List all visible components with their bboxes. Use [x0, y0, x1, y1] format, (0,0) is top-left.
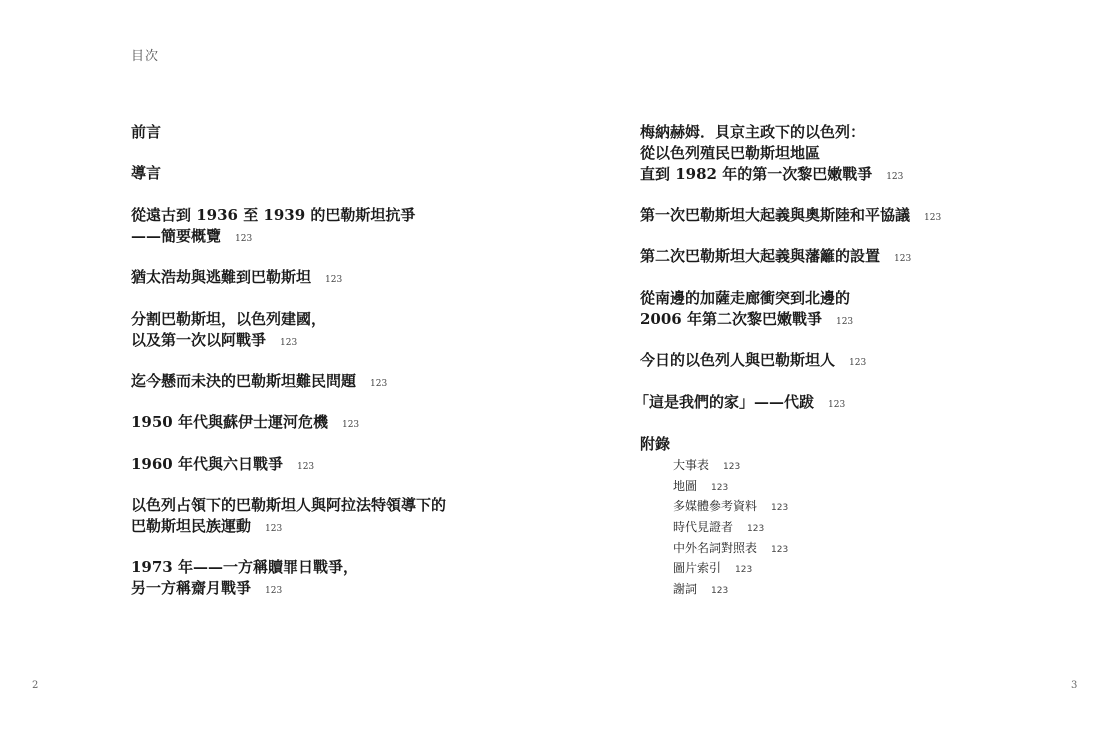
running-head: 目次	[131, 45, 159, 64]
toc-entry[interactable]: 梅納赫姆．貝京主政下的以色列： 從以色列殖民巴勒斯坦地區 直到 1982 年的第…	[640, 122, 903, 188]
page-number: 123	[342, 420, 359, 430]
page-number: 123	[828, 400, 845, 410]
toc-entry[interactable]: 1950 年代與蘇伊士運河危機123	[131, 412, 359, 436]
entry-title: 梅納赫姆．貝京主政下的以色列：	[640, 123, 865, 141]
appendix-item-label: 中外名詞對照表	[673, 541, 757, 555]
page-number: 123	[886, 172, 903, 182]
toc-entry[interactable]: 從南邊的加薩走廊衝突到北邊的 2006 年第二次黎巴嫩戰爭123	[640, 288, 853, 333]
entry-title: 1973 年——一方稱贖罪日戰爭，	[131, 558, 358, 576]
appendix-item[interactable]: 大事表123	[673, 456, 740, 473]
toc-entry[interactable]: 從遠古到 1936 至 1939 的巴勒斯坦抗爭 ——簡要概覽123	[131, 205, 415, 250]
entry-title: 以色列占領下的巴勒斯坦人與阿拉法特領導下的	[131, 496, 446, 514]
page-number: 123	[723, 462, 740, 472]
appendix-item[interactable]: 謝詞123	[673, 580, 728, 597]
appendix-item-label: 多媒體參考資料	[673, 499, 757, 513]
page-number: 123	[747, 524, 764, 534]
toc-entry[interactable]: 1960 年代與六日戰爭123	[131, 454, 314, 478]
page-number: 123	[265, 524, 282, 534]
entry-title: 第一次巴勒斯坦大起義與奧斯陸和平協議	[640, 206, 910, 224]
appendix-item-label: 圖片索引	[673, 561, 721, 575]
toc-entry[interactable]: 1973 年——一方稱贖罪日戰爭， 另一方稱齋月戰爭123	[131, 557, 358, 602]
toc-entry[interactable]: 迄今懸而未決的巴勒斯坦難民問題123	[131, 371, 387, 395]
entry-title: 今日的以色列人與巴勒斯坦人	[640, 351, 835, 369]
entry-title: 另一方稱齋月戰爭	[131, 579, 251, 597]
entry-title: 1960 年代與六日戰爭	[131, 455, 283, 473]
entry-title: 迄今懸而未決的巴勒斯坦難民問題	[131, 372, 356, 390]
page-number: 123	[849, 358, 866, 368]
appendix-item[interactable]: 多媒體參考資料123	[673, 497, 788, 514]
entry-title: 以及第一次以阿戰爭	[131, 331, 266, 349]
appendix-item[interactable]: 時代見證者123	[673, 518, 764, 535]
toc-entry[interactable]: 第一次巴勒斯坦大起義與奧斯陸和平協議123	[640, 205, 941, 229]
page-number: 123	[894, 254, 911, 264]
toc-entry[interactable]: 猶太浩劫與逃難到巴勒斯坦123	[131, 267, 342, 291]
appendix-item-label: 謝詞	[673, 582, 697, 596]
toc-entry[interactable]: 前言	[131, 122, 161, 143]
appendix-item[interactable]: 地圖123	[673, 477, 728, 494]
appendix-item-label: 地圖	[673, 479, 697, 493]
entry-title: 直到 1982 年的第一次黎巴嫩戰爭	[640, 165, 872, 183]
page-number: 123	[235, 234, 252, 244]
right-page: 梅納赫姆．貝京主政下的以色列： 從以色列殖民巴勒斯坦地區 直到 1982 年的第…	[554, 0, 1109, 750]
toc-entry[interactable]: 以色列占領下的巴勒斯坦人與阿拉法特領導下的 巴勒斯坦民族運動123	[131, 495, 446, 540]
appendix-item-label: 時代見證者	[673, 520, 733, 534]
entry-title: 分割巴勒斯坦，以色列建國，	[131, 310, 326, 328]
entry-title: 1950 年代與蘇伊士運河危機	[131, 413, 328, 431]
page-number: 123	[771, 503, 788, 513]
entry-title: 猶太浩劫與逃難到巴勒斯坦	[131, 268, 311, 286]
toc-entry[interactable]: 「這是我們的家」——代跋123	[634, 392, 845, 416]
entry-title: 2006 年第二次黎巴嫩戰爭	[640, 310, 822, 328]
appendix-item-label: 大事表	[673, 458, 709, 472]
entry-title: 從以色列殖民巴勒斯坦地區	[640, 144, 820, 162]
folio: 2	[32, 680, 38, 691]
appendix-title: 附錄	[640, 433, 670, 454]
appendix-item[interactable]: 圖片索引123	[673, 559, 752, 576]
page-number: 123	[836, 317, 853, 327]
entry-title: 「這是我們的家」——代跋	[634, 393, 814, 411]
page-number: 123	[325, 275, 342, 285]
toc-entry[interactable]: 第二次巴勒斯坦大起義與藩籬的設置123	[640, 246, 911, 270]
left-page: 目次 前言 導言 從遠古到 1936 至 1939 的巴勒斯坦抗爭 ——簡要概覽…	[0, 0, 554, 750]
page-number: 123	[265, 586, 282, 596]
toc-entry[interactable]: 導言	[131, 163, 161, 184]
entry-title: 巴勒斯坦民族運動	[131, 517, 251, 535]
entry-title: 從南邊的加薩走廊衝突到北邊的	[640, 289, 850, 307]
entry-title: 從遠古到 1936 至 1939 的巴勒斯坦抗爭	[131, 206, 415, 224]
page-number: 123	[711, 586, 728, 596]
page-number: 123	[924, 213, 941, 223]
page-number: 123	[771, 545, 788, 555]
page-number: 123	[711, 483, 728, 493]
entry-title: 前言	[131, 123, 161, 141]
entry-title: 第二次巴勒斯坦大起義與藩籬的設置	[640, 247, 880, 265]
page-number: 123	[735, 565, 752, 575]
page-number: 123	[370, 379, 387, 389]
entry-title: ——簡要概覽	[131, 227, 221, 245]
page-number: 123	[280, 338, 297, 348]
entry-title: 導言	[131, 164, 161, 182]
appendix-item[interactable]: 中外名詞對照表123	[673, 539, 788, 556]
toc-entry[interactable]: 分割巴勒斯坦，以色列建國， 以及第一次以阿戰爭123	[131, 309, 326, 354]
folio: 3	[1071, 680, 1077, 691]
page-number: 123	[297, 462, 314, 472]
toc-entry[interactable]: 今日的以色列人與巴勒斯坦人123	[640, 350, 866, 374]
